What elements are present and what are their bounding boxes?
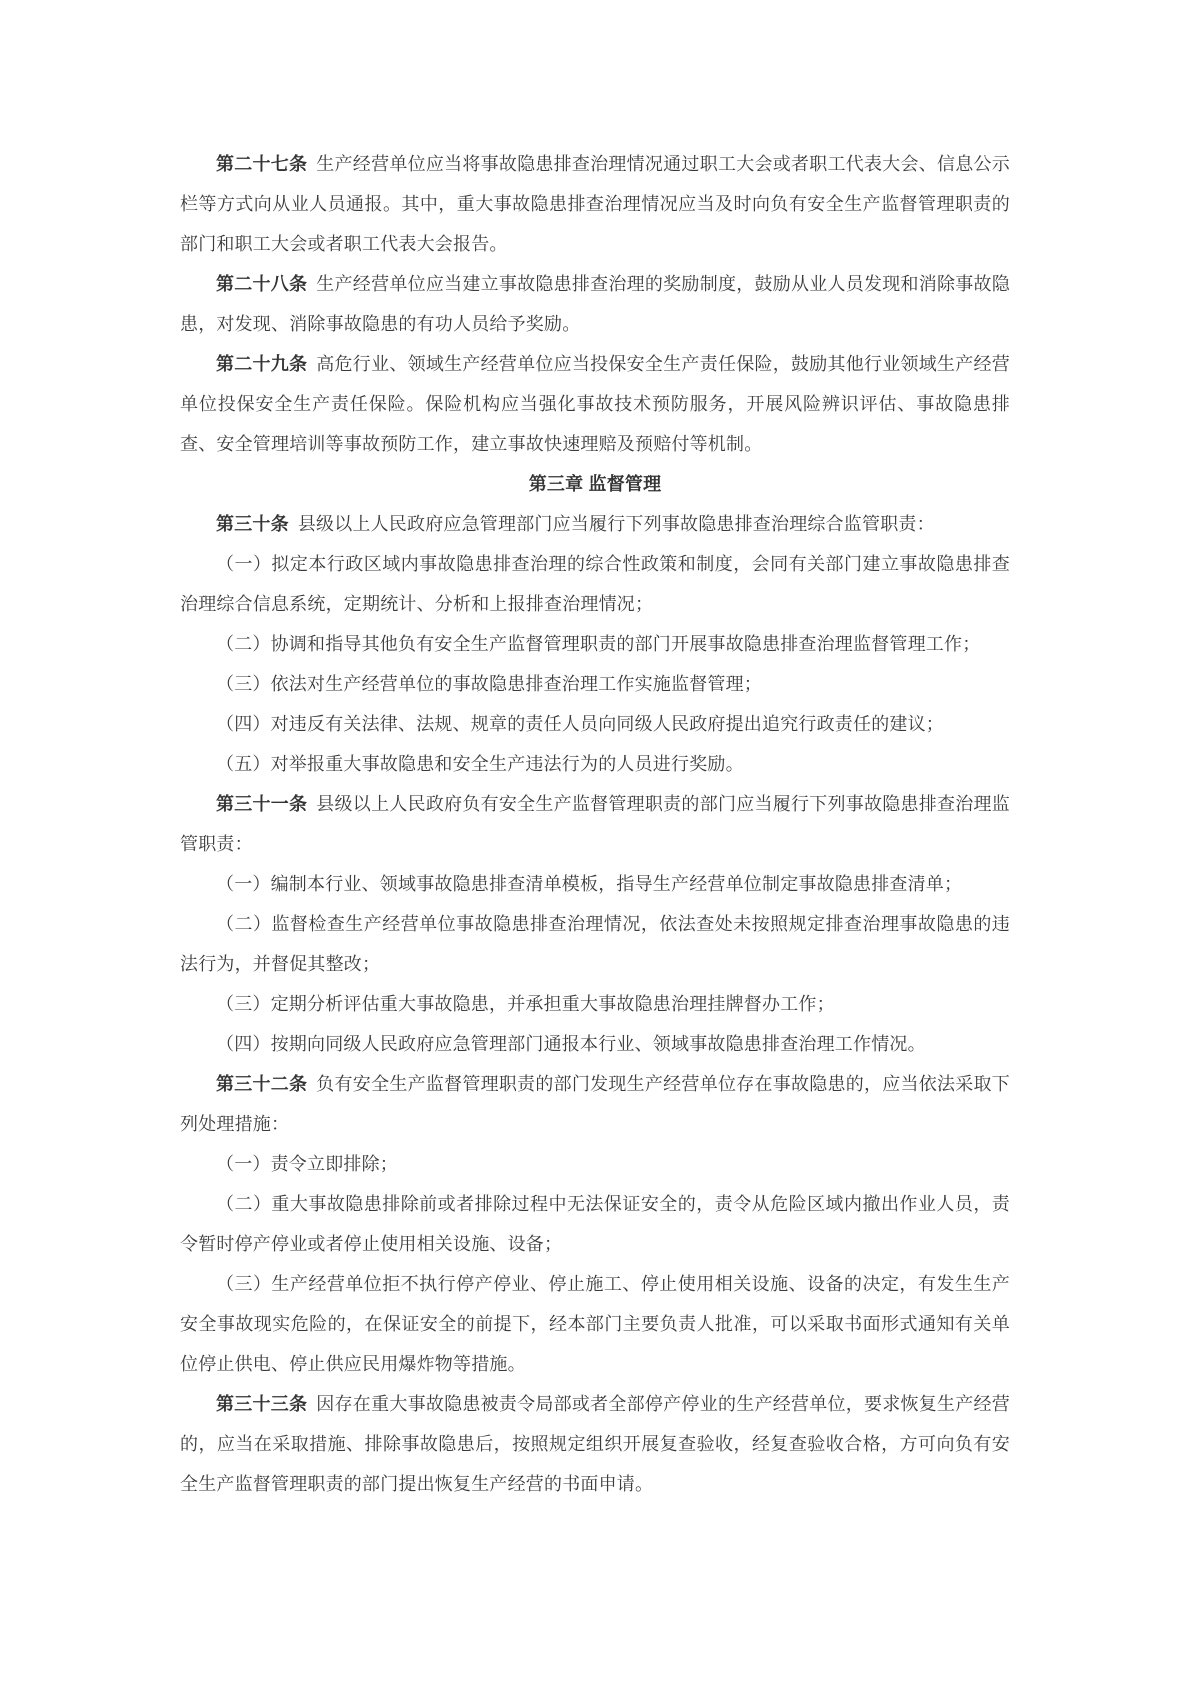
item-paragraph: （三）生产经营单位拒不执行停产停业、停止施工、停止使用相关设施、设备的决定，有发… <box>180 1264 1010 1384</box>
item-paragraph: （一）编制本行业、领域事故隐患排查清单模板，指导生产经营单位制定事故隐患排查清单… <box>180 864 1010 904</box>
item-paragraph: （五）对举报重大事故隐患和安全生产违法行为的人员进行奖励。 <box>180 744 1010 784</box>
article-number: 第三十一条 <box>216 794 307 814</box>
article-paragraph: 第三十条县级以上人民政府应急管理部门应当履行下列事故隐患排查治理综合监管职责： <box>180 504 1010 544</box>
item-paragraph: （三）定期分析评估重大事故隐患，并承担重大事故隐患治理挂牌督办工作； <box>180 984 1010 1024</box>
article-text: 县级以上人民政府应急管理部门应当履行下列事故隐患排查治理综合监管职责： <box>298 514 935 534</box>
article-number: 第三十二条 <box>216 1074 307 1094</box>
article-paragraph: 第二十九条高危行业、领域生产经营单位应当投保安全生产责任保险，鼓励其他行业领域生… <box>180 344 1010 464</box>
article-number: 第二十七条 <box>216 154 307 174</box>
document-body: 第二十七条生产经营单位应当将事故隐患排查治理情况通过职工大会或者职工代表大会、信… <box>180 144 1010 1504</box>
article-paragraph: 第二十七条生产经营单位应当将事故隐患排查治理情况通过职工大会或者职工代表大会、信… <box>180 144 1010 264</box>
item-paragraph: （三）依法对生产经营单位的事故隐患排查治理工作实施监督管理； <box>180 664 1010 704</box>
document-page: 第二十七条生产经营单位应当将事故隐患排查治理情况通过职工大会或者职工代表大会、信… <box>0 0 1190 1683</box>
article-number: 第二十九条 <box>216 354 307 374</box>
article-number: 第三十条 <box>216 514 289 534</box>
item-paragraph: （一）拟定本行政区域内事故隐患排查治理的综合性政策和制度，会同有关部门建立事故隐… <box>180 544 1010 624</box>
item-paragraph: （四）按期向同级人民政府应急管理部门通报本行业、领域事故隐患排查治理工作情况。 <box>180 1024 1010 1064</box>
article-paragraph: 第二十八条生产经营单位应当建立事故隐患排查治理的奖励制度，鼓励从业人员发现和消除… <box>180 264 1010 344</box>
item-paragraph: （二）协调和指导其他负有安全生产监督管理职责的部门开展事故隐患排查治理监督管理工… <box>180 624 1010 664</box>
chapter-heading: 第三章 监督管理 <box>180 464 1010 504</box>
item-paragraph: （一）责令立即排除； <box>180 1144 1010 1184</box>
item-paragraph: （二）监督检查生产经营单位事故隐患排查治理情况，依法查处未按照规定排查治理事故隐… <box>180 904 1010 984</box>
item-paragraph: （四）对违反有关法律、法规、规章的责任人员向同级人民政府提出追究行政责任的建议； <box>180 704 1010 744</box>
article-paragraph: 第三十一条县级以上人民政府负有安全生产监督管理职责的部门应当履行下列事故隐患排查… <box>180 784 1010 864</box>
article-paragraph: 第三十三条因存在重大事故隐患被责令局部或者全部停产停业的生产经营单位，要求恢复生… <box>180 1384 1010 1504</box>
article-number: 第三十三条 <box>216 1394 307 1414</box>
article-number: 第二十八条 <box>216 274 307 294</box>
item-paragraph: （二）重大事故隐患排除前或者排除过程中无法保证安全的，责令从危险区域内撤出作业人… <box>180 1184 1010 1264</box>
article-paragraph: 第三十二条负有安全生产监督管理职责的部门发现生产经营单位存在事故隐患的，应当依法… <box>180 1064 1010 1144</box>
